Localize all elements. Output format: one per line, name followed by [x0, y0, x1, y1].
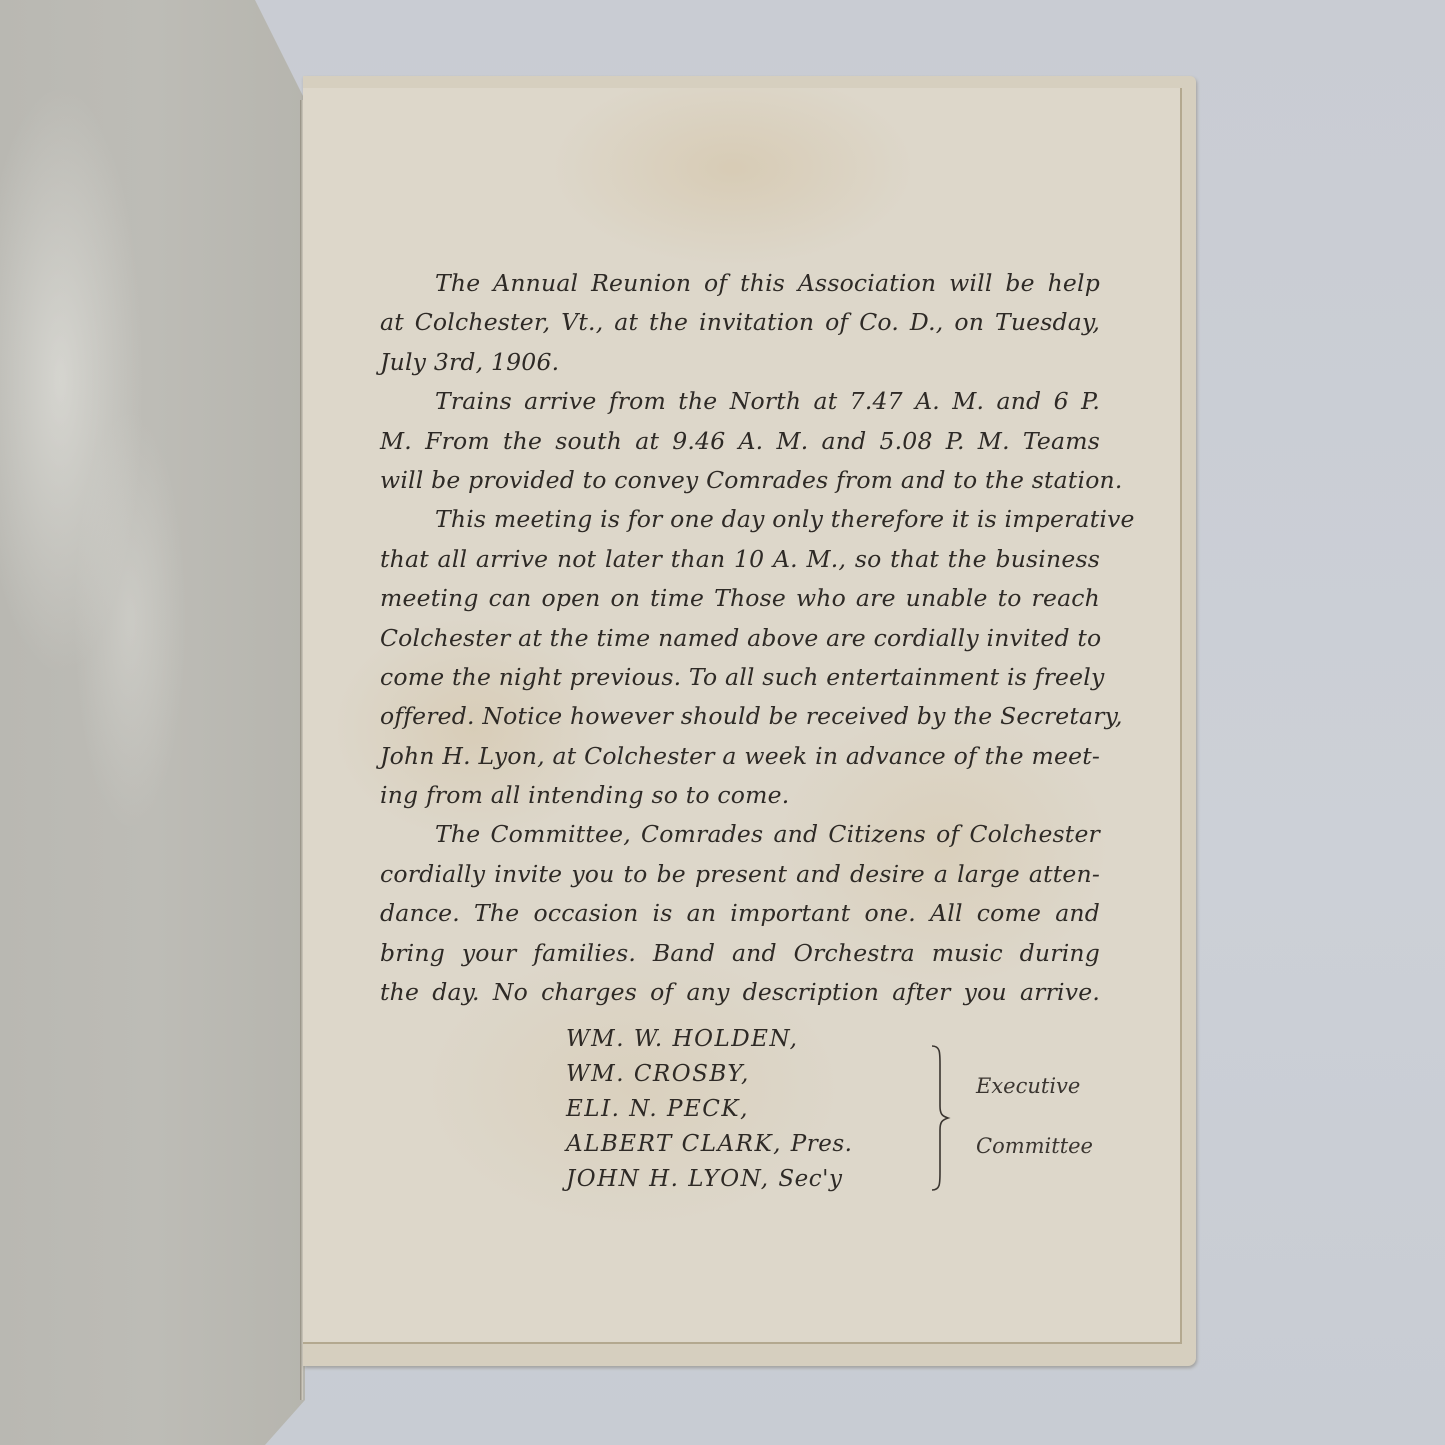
signatory-name: ALBERT CLARK, — [566, 1131, 782, 1157]
text-line: July 3rd, 1906. — [380, 343, 1100, 382]
text-line: The Annual Reunion of this Association w… — [380, 264, 1100, 303]
signatory-name: WM. CROSBY, — [566, 1061, 750, 1087]
text-line: ing from all intending so to come. — [380, 776, 1100, 815]
signatory-name: ELI. N. PECK, — [566, 1096, 749, 1122]
text-line: the day. No charges of any description a… — [380, 973, 1100, 1012]
text-line: dance. The occasion is an important one.… — [380, 894, 1100, 933]
text-line: at Colchester, Vt., at the invitation of… — [380, 303, 1100, 342]
signatory: WM. CROSBY, — [566, 1057, 852, 1092]
signatory: WM. W. HOLDEN, — [566, 1022, 852, 1057]
text-line: meeting can open on time Those who are u… — [380, 579, 1100, 618]
text-line: that all arrive not later than 10 A. M.,… — [380, 540, 1100, 579]
text-line: come the night previous. To all such ent… — [380, 658, 1100, 697]
signatory-title: Sec'y — [778, 1166, 842, 1192]
text-line: John H. Lyon, at Colchester a week in ad… — [380, 737, 1100, 776]
committee-label: Executive Committee — [976, 1068, 1093, 1188]
curly-brace-icon — [928, 1044, 958, 1192]
signatory-name: JOHN H. LYON, — [566, 1166, 770, 1192]
text-line: bring your families. Band and Orchestra … — [380, 934, 1100, 973]
signatory: JOHN H. LYON, Sec'y — [566, 1162, 852, 1197]
text-line: cordially invite you to be present and d… — [380, 855, 1100, 894]
signatory-title: Pres. — [791, 1131, 853, 1157]
text-line: will be provided to convey Comrades from… — [380, 461, 1100, 500]
body-text: The Annual Reunion of this Association w… — [380, 264, 1100, 1012]
text-line: M. From the south at 9.46 A. M. and 5.08… — [380, 422, 1100, 461]
text-line: This meeting is for one day only therefo… — [380, 500, 1100, 539]
text-line: Colchester at the time named above are c… — [380, 619, 1100, 658]
text-line: offered. Notice however should be receiv… — [380, 697, 1100, 736]
text-line: The Committee, Comrades and Citizens of … — [380, 815, 1100, 854]
committee-label-line: Executive — [976, 1068, 1093, 1128]
signatory: ALBERT CLARK, Pres. — [566, 1127, 852, 1162]
left-cover-page — [0, 0, 305, 1445]
photo-scene: The Annual Reunion of this Association w… — [0, 0, 1445, 1445]
signatory-list: WM. W. HOLDEN, WM. CROSBY, ELI. N. PECK,… — [566, 1022, 852, 1197]
text-line: Trains arrive from the North at 7.47 A. … — [380, 382, 1100, 421]
committee-label-line: Committee — [976, 1128, 1093, 1188]
signatory-name: WM. W. HOLDEN, — [566, 1026, 798, 1052]
signatory: ELI. N. PECK, — [566, 1092, 852, 1127]
